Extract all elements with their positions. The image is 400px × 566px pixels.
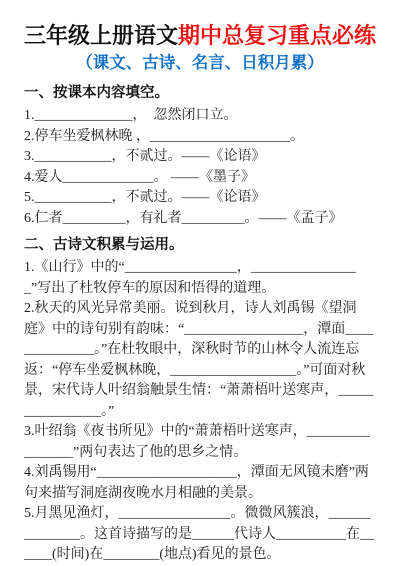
worksheet-page: 三年级上册语文期中总复习重点必练 （课文、古诗、名言、日积月累） 一、按课本内容… [0,0,400,566]
fill-blank-item-1: 1.______________， 忽然闭口立。 [24,106,376,127]
title-highlight-part: 期中总复习重点必练 [178,23,376,48]
poetry-item-5: 5.月黑见渔灯，________________。微微风簇浪，_________… [24,504,376,566]
fill-blank-item-3: 3.___________，不贰过。——《论语》 [24,147,376,168]
section-one-heading: 一、按课本内容填空。 [24,84,376,103]
section-two-heading: 二、古诗文积累与运用。 [24,236,376,255]
poetry-item-2: 2.秋天的风光异常美丽。说到秋月，诗人刘禹锡《望洞庭》中的诗句别有韵味：“___… [24,299,376,422]
poetry-item-3: 3.叶绍翁《夜书所见》中的“萧萧梧叶送寒声，________________”两… [24,422,376,463]
fill-blank-item-5: 5.___________，不贰过。——《论语》 [24,188,376,209]
section-poetry-accumulation: 二、古诗文积累与运用。 1.《山行》中的“________________，__… [24,236,376,566]
poetry-item-4: 4.刘禹锡用“____________________，潭面无风镜未磨”两句来描… [24,463,376,504]
poetry-item-1: 1.《山行》中的“________________，______________… [24,258,376,299]
page-title: 三年级上册语文期中总复习重点必练 [24,22,376,50]
title-course-part: 三年级上册语文 [24,23,178,48]
fill-blank-item-6: 6.仁者_________，有礼者_________。——《孟子》 [24,209,376,230]
section-fill-in-blanks: 一、按课本内容填空。 1.______________， 忽然闭口立。 2.停车… [24,84,376,229]
page-subtitle: （课文、古诗、名言、日积月累） [24,52,376,74]
fill-blank-item-4: 4.爱人_____________。 ——《墨子》 [24,168,376,189]
fill-blank-item-2: 2.停车坐爱枫林晚 ，____________________。 [24,127,376,148]
